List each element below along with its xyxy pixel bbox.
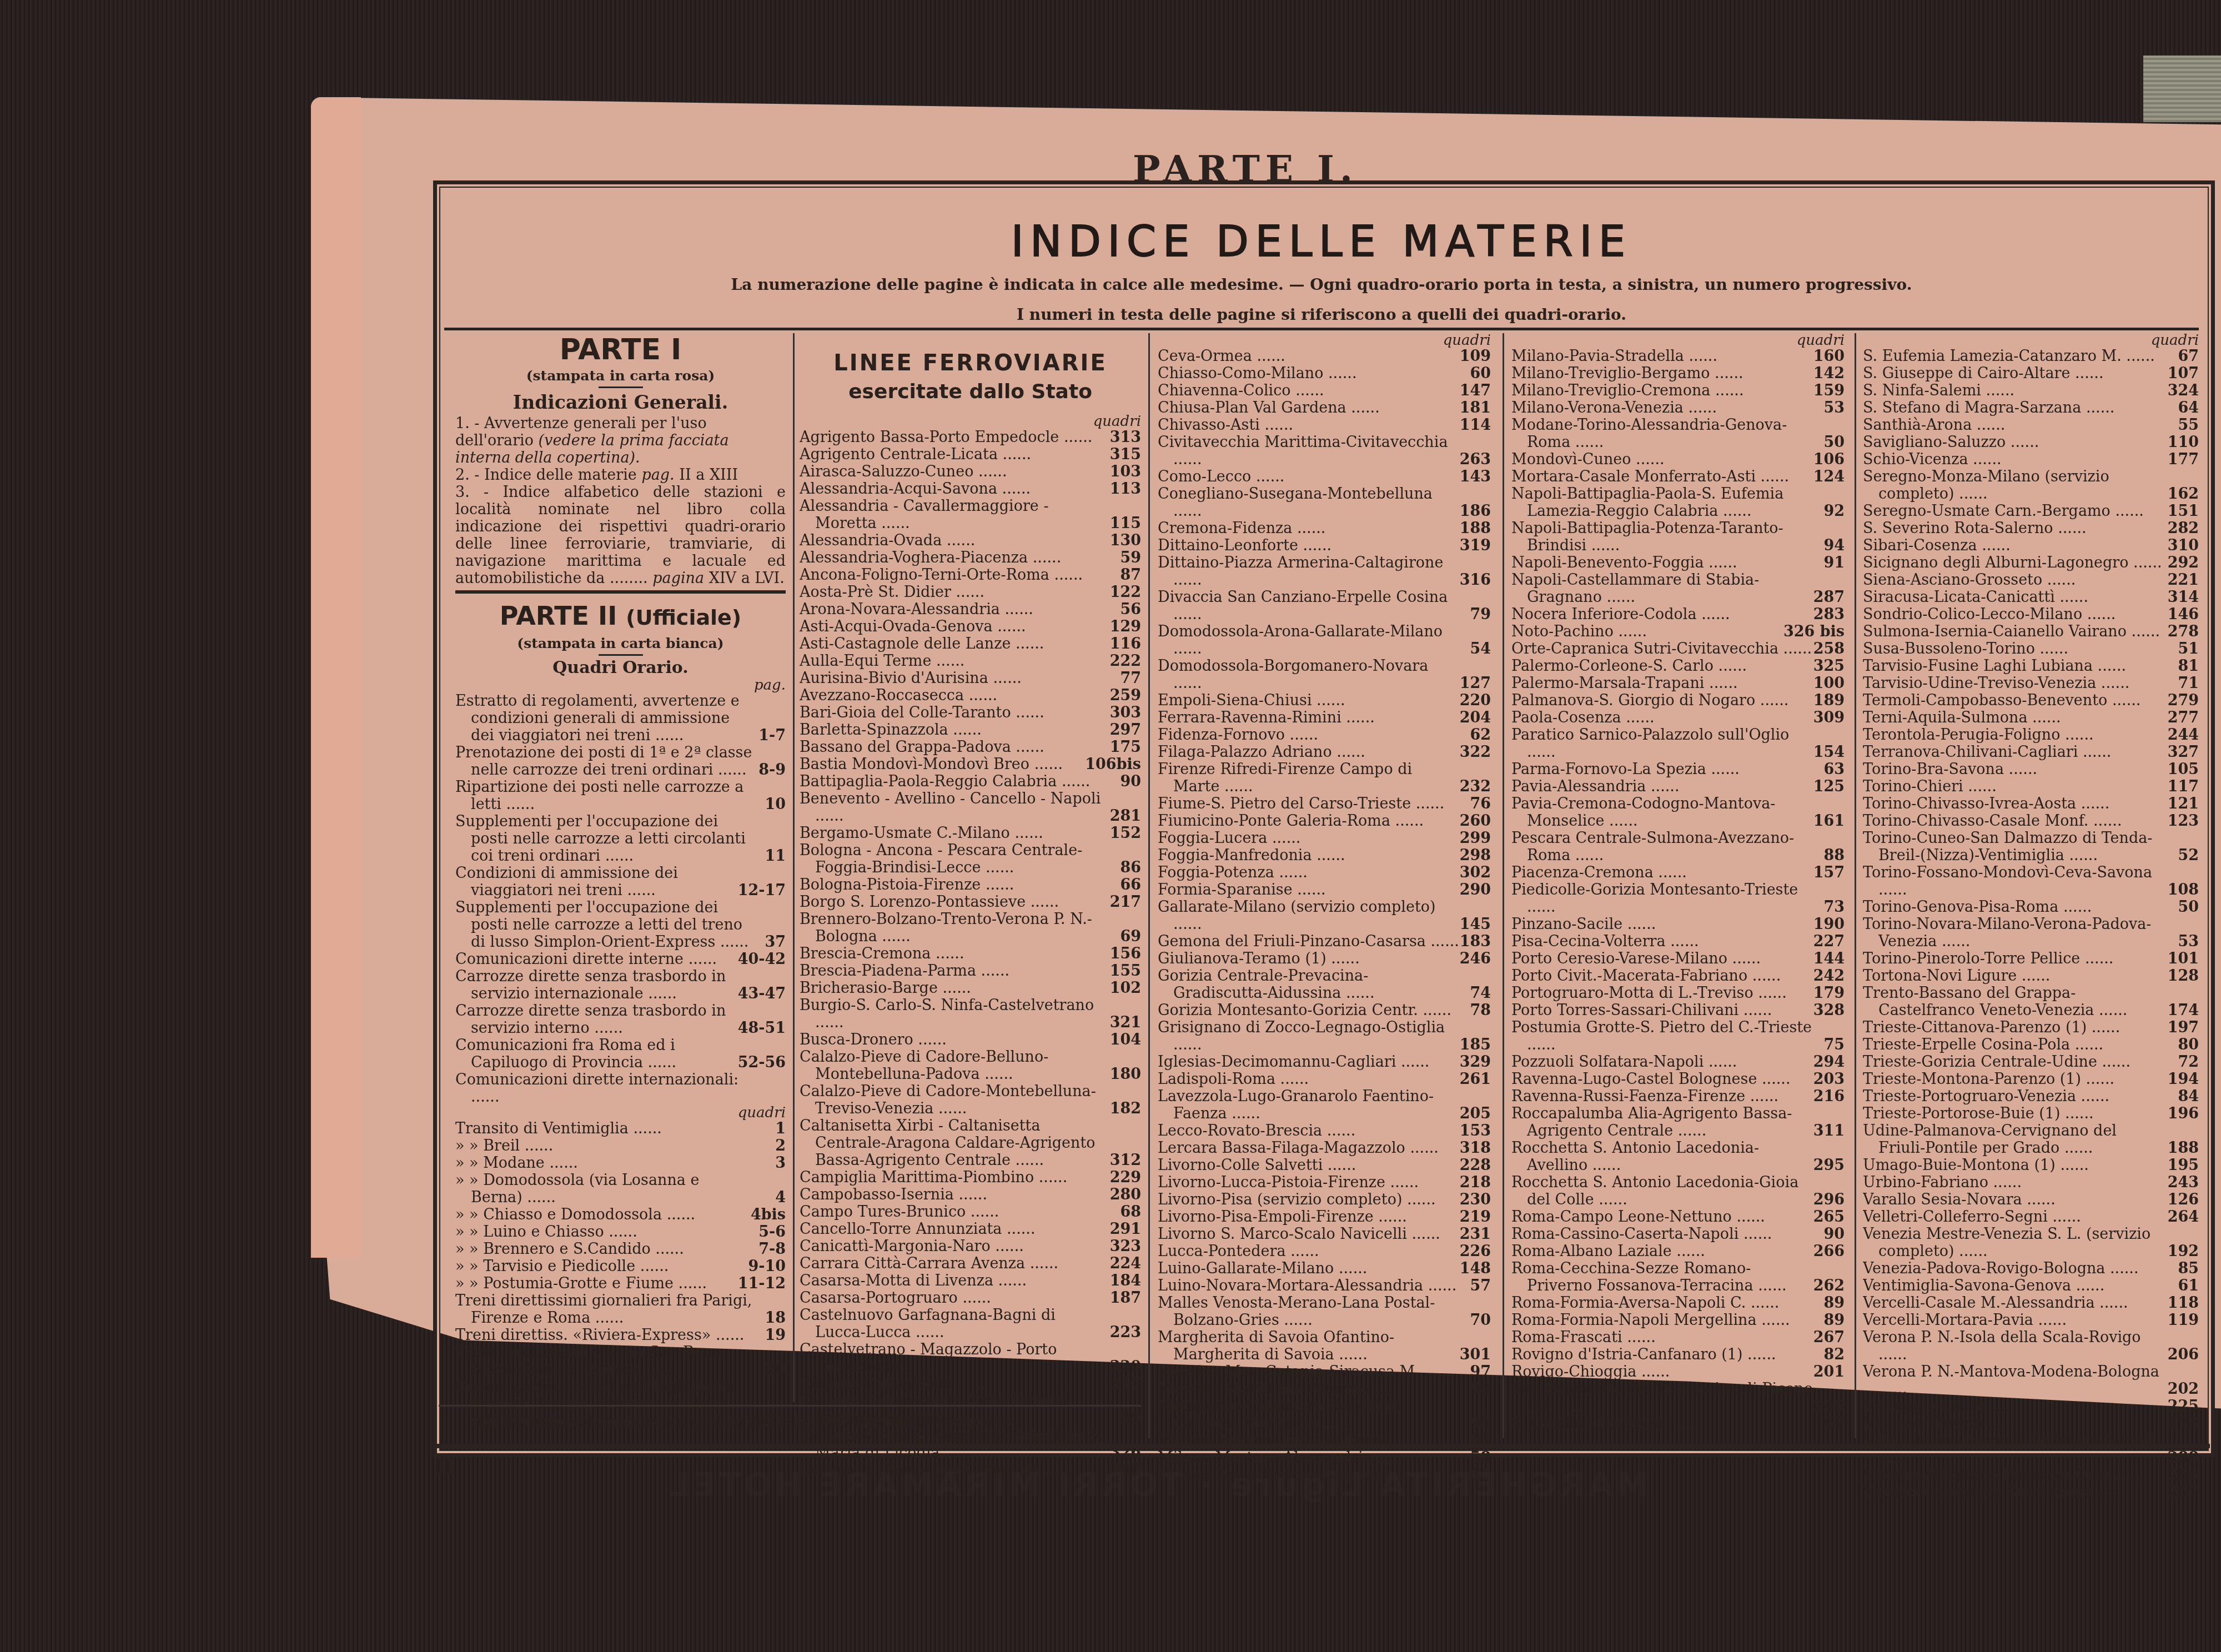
- entry-name: Rocchetta S. Antonio Lacedonia-Avellino …: [1511, 1139, 1813, 1174]
- entry-quadro-number: 117: [2168, 778, 2199, 795]
- entry-name: Roma-Formia-Napoli Mergellina ......: [1511, 1312, 1813, 1329]
- index-entry: Nocera Inferiore-Codola ......283: [1511, 606, 1845, 623]
- entry-name: Filaga-Palazzo Adriano ......: [1158, 744, 1460, 761]
- index-entry: Treni direttiss. «Riviera-Express» .....…: [455, 1327, 786, 1344]
- index-entry: Gallarate-Milano (servizio completo) ...…: [1158, 898, 1491, 933]
- entry-quadro-number: 266: [1813, 1243, 1845, 1260]
- parte2-section: Quadri Orario.: [455, 658, 786, 678]
- entry-quadro-number: 156: [1110, 945, 1141, 962]
- index-entry: Battipaglia-Paola-Reggio Calabria ......…: [800, 773, 1141, 790]
- index-entry: Milano-Treviglio-Bergamo ......142: [1511, 365, 1845, 382]
- index-entry: Siena-Asciano-Grosseto ......221: [1863, 571, 2199, 589]
- entry-name: Chivasso-Asti ......: [1158, 416, 1460, 434]
- entry-name: Borgo S. Lorenzo-Pontassieve ......: [800, 893, 1110, 911]
- index-entry: Cremona-Fidenza ......188: [1158, 520, 1491, 537]
- entry-quadro-number: 174: [2168, 1002, 2199, 1019]
- entry-name: Portogruaro-Motta di L.-Treviso ......: [1511, 985, 1813, 1002]
- entry-name: Palmanova-S. Giorgio di Nogaro ......: [1511, 692, 1813, 709]
- index-entry: Alessandria-Acqui-Savona ......113: [800, 480, 1141, 498]
- entry-name: Busca-Dronero ......: [800, 1031, 1110, 1048]
- entry-quadro-number: 186: [1460, 503, 1491, 520]
- entry-quadro-number: 309: [1813, 709, 1845, 726]
- index-entry: Giulianova-Teramo (1) ......246: [1158, 950, 1491, 967]
- entry-name: Campo Tures-Brunico ......: [800, 1203, 1110, 1221]
- entry-quadro-number: 265: [1813, 1208, 1845, 1226]
- column-parte: PARTE I (stampata in carta rosa) Indicaz…: [455, 333, 786, 1430]
- entry-name: Airasca-Saluzzo-Cuneo ......: [800, 463, 1110, 480]
- index-entry: Luino-Novara-Mortara-Alessandria ......5…: [1158, 1277, 1491, 1294]
- index-entry: Brescia-Piadena-Parma ......155: [800, 962, 1141, 980]
- index-entry: Verona P. N.-Mantova-Modena-Bologna ....…: [1863, 1363, 2199, 1398]
- entry-name: Terontola-Perugia-Foligno ......: [1863, 726, 2168, 744]
- index-entry: Piacenza-Cremona ......157: [1511, 864, 1845, 881]
- index-entry: Pozzuoli Solfatara-Napoli ......294: [1511, 1053, 1845, 1071]
- index-entry: » » Domodossola (via Losanna e Berna) ..…: [455, 1172, 786, 1206]
- entry-quadro-number: 129: [1110, 618, 1141, 635]
- entry-name: Supplementi per l'occupazione dei posti …: [455, 899, 755, 951]
- index-entry: Rocchetta S. Antonio Lacedonia-Avellino …: [1511, 1139, 1845, 1174]
- entry-name: Termoli-Campobasso-Benevento ......: [1863, 692, 2168, 709]
- index-entry: S. Stefano di Magra-Sarzana ......64: [1863, 399, 2199, 416]
- entry-name: Prenotazione dei posti di 1ª e 2ª classe…: [455, 744, 755, 779]
- entry-quadro-number: 245: [1813, 1398, 1845, 1415]
- entry-quadro-number: 264: [2168, 1208, 2199, 1226]
- index-entry: S. Candido-Fortezza ......67: [1511, 1415, 1845, 1432]
- entry-name: Milano-Treviglio-Cremona ......: [1511, 382, 1813, 399]
- entry-quadro-number: 67: [2168, 348, 2199, 365]
- entry-quadro-number: 82: [1813, 1346, 1845, 1363]
- entry-quadro-number: 322: [1460, 744, 1491, 761]
- index-entry: Verona P. N.-Isola della Scala-Rovigo ..…: [1863, 1329, 2199, 1363]
- index-entry: Ladispoli-Roma ......261: [1158, 1071, 1491, 1088]
- entry-quadro-number: 53: [1813, 399, 1845, 416]
- index-entry: Bologna-Pistoia-Firenze ......66: [800, 876, 1141, 893]
- entry-name: Brennero-Bolzano-Trento-Verona P. N.-Bol…: [800, 911, 1110, 945]
- index-entry: Rocchetta S. Antonio Lacedonia-Gioia del…: [1511, 1174, 1845, 1208]
- entry-quadro-number: 319: [1460, 537, 1491, 554]
- entry-name: Foggia-Potenza ......: [1158, 864, 1460, 881]
- index-entry: Comunicazioni dirette internazionali: ..…: [455, 1071, 786, 1106]
- index-entry: Treni direttissimi giornalieri fra Parig…: [455, 1292, 786, 1327]
- entry-quadro-number: 231: [1460, 1226, 1491, 1243]
- index-entry: Como-Lecco ......143: [1158, 468, 1491, 485]
- entry-quadro-number: 116: [1110, 635, 1141, 652]
- index-entry: Messina Mar.-Catania-Siracusa M. ......9…: [1158, 1363, 1491, 1380]
- index-entry: » » Chiasso e Domodossola ......4bis: [455, 1206, 786, 1223]
- index-entry: Bergamo-Usmate C.-Milano ......152: [800, 825, 1141, 842]
- index-entry: S. Giuseppe di Cairo-Altare ......107: [1863, 365, 2199, 382]
- entry-quadro-number: 95: [1460, 1415, 1491, 1432]
- entry-quadro-number: 246: [1460, 950, 1491, 967]
- entry-name: Verona P. N.-Mantova-Modena-Bologna ....…: [1863, 1363, 2168, 1398]
- entry-name: Umago-Buie-Montona (1) ......: [1863, 1157, 2168, 1174]
- entry-name: Civitavecchia Marittima-Civitavecchia ..…: [1158, 434, 1460, 468]
- index-entry: Viterbo-Capranica Sutri-Roma ......257: [1863, 1484, 2199, 1501]
- index-entry: Cancello-Torre Annunziata ......291: [800, 1221, 1141, 1238]
- entry-quadro-number: 261: [1460, 1071, 1491, 1088]
- index-entry: Borgo S. Lorenzo-Pontassieve ......217: [800, 893, 1141, 911]
- parte1-title: PARTE I: [455, 333, 786, 366]
- entry-name: Divaccia San Canziano-Erpelle Cosina ...…: [1158, 589, 1460, 623]
- index-entry: Paratico Sarnico-Palazzolo sull'Oglio ..…: [1511, 726, 1845, 761]
- entry-name: Castelvetrano - Magazzolo - Porto Empedo…: [800, 1341, 1110, 1375]
- entry-quadro-number: 48-51: [738, 1020, 786, 1037]
- index-entry: Torino-Bra-Savona ......105: [1863, 761, 2199, 778]
- entry-quadro-number: 192: [2168, 1243, 2199, 1260]
- entry-quadro-number: 90: [1813, 1226, 1845, 1243]
- index-entry: Mortara-Casale Monferrato-Asti ......124: [1511, 468, 1845, 485]
- entry-name: Bologna - Ancona - Pescara Centrale-Fogg…: [800, 842, 1110, 876]
- parte1-item: 1. - Avvertenze generali per l'uso dell'…: [455, 415, 786, 466]
- entry-quadro-number: 258: [1813, 640, 1845, 657]
- index-entry: S. Ninfa-Salemi ......324: [1863, 382, 2199, 399]
- entry-quadro-number: 99: [1110, 1410, 1141, 1427]
- index-entry: Luino-Gallarate-Milano ......148: [1158, 1260, 1491, 1277]
- index-entry: Carrozze dirette senza trasbordo in serv…: [455, 1002, 786, 1037]
- quadri-label: quadri: [800, 414, 1141, 429]
- parte1-item: 3. - Indice alfabetico delle stazioni e …: [455, 484, 786, 587]
- entry-quadro-number: 50: [1813, 434, 1845, 451]
- index-entry: Termoli-Campobasso-Benevento ......279: [1863, 692, 2199, 709]
- index-entry: Torino-Fossano-Mondovì-Ceva-Savona .....…: [1863, 864, 2199, 898]
- index-entry: Ferrara-Ravenna-Rimini ......204: [1158, 709, 1491, 726]
- entry-name: Grisignano di Zocco-Legnago-Ostiglia ...…: [1158, 1019, 1460, 1053]
- entry-name: Rocchetta S. Antonio Lacedonia-Gioia del…: [1511, 1174, 1813, 1208]
- entry-name: Alessandria-Acqui-Savona ......: [800, 480, 1110, 498]
- index-entry: Bologna - Ancona - Pescara Centrale-Fogg…: [800, 842, 1141, 876]
- entry-quadro-number: 278: [2168, 623, 2199, 640]
- entry-name: » » Tarvisio e Piedicolle ......: [455, 1258, 748, 1275]
- entry-name: Carrozze dirette senza trasbordo in serv…: [455, 968, 738, 1002]
- index-entry: Ceva-Ormea ......109: [1158, 348, 1491, 365]
- index-entry: Filaga-Palazzo Adriano ......322: [1158, 744, 1491, 761]
- entry-quadro-number: 92: [1813, 503, 1845, 520]
- entry-name: Pozzuoli Solfatara-Napoli ......: [1511, 1053, 1813, 1071]
- entry-quadro-number: 60: [1460, 365, 1491, 382]
- entry-name: Trieste-Gorizia Centrale-Udine ......: [1863, 1053, 2168, 1071]
- entry-name: Verona P. N.-Isola della Scala-Rovigo ..…: [1863, 1329, 2168, 1363]
- entry-name: Barletta-Spinazzola ......: [800, 721, 1110, 739]
- entry-quadro-number: 90: [1110, 773, 1141, 790]
- entry-quadro-number: 323: [1110, 1238, 1141, 1255]
- entry-quadro-number: 85: [2168, 1260, 2199, 1277]
- header-rule: [444, 328, 2199, 330]
- index-entry: Umago-Buie-Montona (1) ......195: [1863, 1157, 2199, 1174]
- entry-name: Benevento - Avellino - Cancello - Napoli…: [800, 790, 1110, 825]
- index-entry: Modane-Torino-Alessandria-Genova-Roma ..…: [1511, 416, 1845, 451]
- entry-quadro-number: 7-8: [755, 1241, 786, 1258]
- entry-quadro-number: 52-56: [738, 1054, 786, 1071]
- index-entry: Noto-Pachino ......326 bis: [1511, 623, 1845, 640]
- index-entry: Treni direttissimi Vienna-San Remo-Nizza…: [455, 1344, 786, 1378]
- entry-quadro-number: 64: [2168, 399, 2199, 416]
- index-entry: Bastia Mondovì-Mondovì Breo ......106bis: [800, 756, 1141, 773]
- entry-quadro-number: 67: [1813, 1415, 1845, 1432]
- entry-name: Battipaglia-Paola-Reggio Calabria ......: [800, 773, 1110, 790]
- entry-name: Vicenza-Treviso ......: [1863, 1415, 2168, 1432]
- entry-quadro-number: 230: [1460, 1191, 1491, 1208]
- entry-quadro-number: 263: [1460, 451, 1491, 468]
- index-entry: Palermo-Marsala-Trapani ......100: [1511, 675, 1845, 692]
- entry-name: Messina Mar.-Catania-Siracusa M. ......: [1158, 1363, 1460, 1380]
- index-entry: Livorno-Pisa (servizio completo) ......2…: [1158, 1191, 1491, 1208]
- index-entry: Supplementi per l'occupazione dei posti …: [455, 813, 786, 865]
- entry-quadro-number: 78: [1460, 1002, 1491, 1019]
- entry-quadro-number: 113: [1110, 480, 1141, 498]
- index-entry: Vicenza-Treviso ......178: [1863, 1415, 2199, 1432]
- index-entry: » » Brennero e S.Candido ......7-8: [455, 1241, 786, 1258]
- entry-name: Ventimiglia-Savona-Genova ......: [1863, 1277, 2168, 1294]
- entry-quadro-number: 89: [1813, 1294, 1845, 1312]
- entry-name: Vercelli-Casale M.-Alessandria ......: [1863, 1294, 2168, 1312]
- entry-name: Torino-Chieri ......: [1863, 778, 2168, 795]
- entry-name: Catania-Caltagirone ......: [800, 1375, 1110, 1393]
- entry-name: Carrara Città-Carrara Avenza ......: [800, 1255, 1110, 1272]
- index-entry: Torino-Chieri ......117: [1863, 778, 2199, 795]
- index-entry: Susa-Bussoleno-Torino ......51: [1863, 640, 2199, 657]
- entry-quadro-number: 130: [1110, 532, 1141, 549]
- index-entry: Pinzano-Sacile ......190: [1511, 916, 1845, 933]
- entry-name: Trieste-Portorose-Buie (1) ......: [1863, 1105, 2168, 1122]
- entry-quadro-number: 9-10: [748, 1258, 786, 1275]
- entry-name: Santhià-Arona ......: [1863, 416, 2168, 434]
- entry-name: Savigliano-Saluzzo ......: [1863, 434, 2168, 451]
- index-entry: Tarvisio-Udine-Treviso-Venezia ......71: [1863, 675, 2199, 692]
- index-entry: Trento-Bassano del Grappa-Castelfranco V…: [1863, 985, 2199, 1019]
- entry-name: Paratico Sarnico-Palazzolo sull'Oglio ..…: [1511, 726, 1813, 761]
- index-entry: Empoli-Siena-Chiusi ......220: [1158, 692, 1491, 709]
- index-entry: Brennero-Bolzano-Trento-Verona P. N.-Bol…: [800, 911, 1141, 945]
- entry-name: Varallo Sesia-Novara ......: [1863, 1191, 2168, 1208]
- entry-name: Venezia Mestre-Venezia S. L. (servizio c…: [1863, 1226, 2168, 1260]
- index-entry: Porto Torres-Sassari-Chilivani ......328: [1511, 1002, 1845, 1019]
- entry-quadro-number: 142: [1813, 365, 1845, 382]
- index-entry: Venezia-Padova-Rovigo-Bologna ......85: [1863, 1260, 2199, 1277]
- index-entry: Comunicazioni dirette interne ......40-4…: [455, 951, 786, 968]
- entry-quadro-number: 19: [755, 1327, 786, 1344]
- entry-name: Dittaino-Leonforte ......: [1158, 537, 1460, 554]
- entry-quadro-number: 4bis: [751, 1206, 786, 1223]
- entry-name: Trento-Bassano del Grappa-Castelfranco V…: [1863, 985, 2168, 1019]
- index-entry: Napoli-Battipaglia-Potenza-Taranto-Brind…: [1511, 520, 1845, 554]
- entry-quadro-number: 54: [1460, 640, 1491, 657]
- entry-quadro-number: 324: [2168, 382, 2199, 399]
- index-entry: Chiusa-Plan Val Gardena ......181: [1158, 399, 1491, 416]
- entry-name: Fiume-S. Pietro del Carso-Trieste ......: [1158, 795, 1460, 812]
- index-entry: Ravenna-Lugo-Castel Bolognese ......203: [1511, 1071, 1845, 1088]
- entry-name: Viareggio-Lucca ......: [1863, 1398, 2168, 1415]
- index-entry: Postumia Grotte-S. Pietro del C.-Trieste…: [1511, 1019, 1845, 1053]
- index-entry: Pescara Centrale-Sulmona-Avezzano-Roma .…: [1511, 830, 1845, 864]
- entry-quadro-number: 315: [1110, 446, 1141, 463]
- parte1-subtitle: (stampata in carta rosa): [455, 366, 786, 385]
- entry-name: Roma-Frascati ......: [1511, 1329, 1813, 1346]
- short-rule: [599, 386, 643, 388]
- entry-quadro-number: 98: [1460, 1380, 1491, 1398]
- entry-quadro-number: 312: [1110, 1152, 1141, 1169]
- entry-quadro-number: 72: [2168, 1053, 2199, 1071]
- entry-quadro-number: 222: [1110, 652, 1141, 670]
- entry-quadro-number: 227: [1813, 933, 1845, 950]
- entry-quadro-number: 2: [755, 1137, 786, 1154]
- entry-name: Pinzano-Sacile ......: [1511, 916, 1813, 933]
- entry-quadro-number: 5-6: [755, 1223, 786, 1241]
- index-entry: Trieste-Portorose-Buie (1) ......196: [1863, 1105, 2199, 1122]
- entry-quadro-number: 313: [1110, 429, 1141, 446]
- entry-name: » » Domodossola (via Losanna e Berna) ..…: [455, 1172, 755, 1206]
- index-entry: Aulla-Equi Terme ......222: [800, 652, 1141, 670]
- entry-name: Aosta-Prè St. Didier ......: [800, 584, 1110, 601]
- entry-name: Alessandria-Voghera-Piacenza ......: [800, 549, 1110, 566]
- entry-name: Modane-Torino-Alessandria-Genova-Roma ..…: [1511, 416, 1813, 451]
- entry-name: Gorizia Centrale-Prevacina-Gradiscutta-A…: [1158, 967, 1460, 1002]
- index-entry: Livorno-Lucca-Pistoia-Firenze ......218: [1158, 1174, 1491, 1191]
- parte1-section: Indicazioni Generali.: [455, 390, 786, 415]
- index-entry: Trieste-Portogruaro-Venezia ......84: [1863, 1088, 2199, 1105]
- column-linee-ferroviarie: LINEE FERROVIARIE esercitate dallo Stato…: [800, 333, 1141, 1479]
- entry-name: S. Candido-Fortezza ......: [1511, 1415, 1813, 1432]
- entry-quadro-number: 327: [2168, 744, 2199, 761]
- entry-name: Rovigo-Chioggia ......: [1511, 1363, 1813, 1380]
- entry-quadro-number: 314: [2168, 589, 2199, 606]
- entry-quadro-number: 146: [2168, 606, 2199, 623]
- entry-name: » » Breil ......: [455, 1137, 755, 1154]
- index-entry: Trieste-Cittanova-Parenzo (1) ......197: [1863, 1019, 2199, 1036]
- entry-quadro-number: 201: [1813, 1363, 1845, 1380]
- entry-quadro-number: 127: [1460, 675, 1491, 692]
- entry-name: Mondovì-Cuneo ......: [1511, 451, 1813, 468]
- index-entry: Iglesias-Decimomannu-Cagliari ......329: [1158, 1053, 1491, 1071]
- entry-name: » » Brennero e S.Candido ......: [455, 1241, 755, 1258]
- index-entry: Dittaino-Piazza Armerina-Caltagirone ...…: [1158, 554, 1491, 589]
- entry-name: Noto-Pachino ......: [1511, 623, 1783, 640]
- entry-quadro-number: 188: [2168, 1139, 2199, 1157]
- entry-name: Metaponto-Catanzaro-Reggio di Calabria M…: [1158, 1398, 1460, 1432]
- entry-quadro-number: 196: [2168, 1105, 2199, 1122]
- entry-quadro-number: 10: [755, 796, 786, 813]
- entry-quadro-number: 8-9: [755, 761, 786, 779]
- entry-quadro-number: 118: [2168, 1294, 2199, 1312]
- index-entry: Brescia-Cremona ......156: [800, 945, 1141, 962]
- entry-name: Torino-Cuneo-San Dalmazzo di Tenda-Breil…: [1863, 830, 2168, 864]
- index-entry: Gorizia Montesanto-Gorizia Centr. ......…: [1158, 1002, 1491, 1019]
- entry-name: San Benedetto del Tronto-Ascoli Piceno (…: [1511, 1380, 1813, 1415]
- entry-quadro-number: 329: [1460, 1053, 1491, 1071]
- entry-name: Brescia-Cremona ......: [800, 945, 1110, 962]
- entry-quadro-number: 20: [755, 1361, 786, 1378]
- entry-quadro-number: 178: [2168, 1415, 2199, 1432]
- entry-quadro-number: 74: [1460, 985, 1491, 1002]
- index-entry: Carrara Città-Carrara Avenza ......224: [800, 1255, 1141, 1272]
- index-entry: Torino-Genova-Pisa-Roma ......50: [1863, 898, 2199, 916]
- entry-quadro-number: 256: [2168, 1467, 2199, 1484]
- entry-name: Lavezzola-Lugo-Granarolo Faentino-Faenza…: [1158, 1088, 1460, 1122]
- entry-quadro-number: 189: [1813, 692, 1845, 709]
- index-entry: Condizioni di ammissione dei viaggiatori…: [455, 865, 786, 899]
- entry-quadro-number: 126: [2168, 1191, 2199, 1208]
- entry-name: Rovigno d'Istria-Canfanaro (1) ......: [1511, 1346, 1813, 1363]
- index-entry: Arona-Novara-Alessandria ......56: [800, 601, 1141, 618]
- index-entry: Roma-Frascati ......267: [1511, 1329, 1845, 1346]
- transit-items: Transito di Ventimiglia ......1» » Breil…: [455, 1120, 786, 1292]
- entry-name: Lucca-Pontedera ......: [1158, 1243, 1460, 1260]
- entry-name: Gorizia Montesanto-Gorizia Centr. ......: [1158, 1002, 1460, 1019]
- index-entry: Fiumicino-Ponte Galeria-Roma ......260: [1158, 812, 1491, 830]
- entry-name: Orte-Capranica Sutri-Civitavecchia .....…: [1511, 640, 1813, 657]
- entry-quadro-number: 225: [2168, 1398, 2199, 1415]
- route-list: Ceva-Ormea ......109Chiasso-Como-Milano …: [1158, 348, 1491, 1484]
- entry-quadro-number: 203: [1813, 1071, 1845, 1088]
- entry-name: Roma-Formia-Aversa-Napoli C. ......: [1511, 1294, 1813, 1312]
- entry-name: Iglesias-Decimomannu-Cagliari ......: [1158, 1053, 1460, 1071]
- entry-name: Ladispoli-Roma ......: [1158, 1071, 1460, 1088]
- entry-quadro-number: 143: [1460, 468, 1491, 485]
- entry-name: Brescia-Piadena-Parma ......: [800, 962, 1110, 980]
- index-entry: Porto Ceresio-Varese-Milano ......144: [1511, 950, 1845, 967]
- entry-name: Milano-Mortara-Alessandria ......: [1158, 1449, 1460, 1467]
- entry-name: Paola-Cosenza ......: [1511, 709, 1813, 726]
- entry-name: Tortona-Novi Ligure ......: [1863, 967, 2168, 985]
- entry-quadro-number: 279: [2168, 692, 2199, 709]
- entry-name: Ancona-Foligno-Terni-Orte-Roma ......: [800, 566, 1110, 584]
- entry-name: Bassano del Grappa-Padova ......: [800, 739, 1110, 756]
- index-entry: Rovigo-Chioggia ......201: [1511, 1363, 1845, 1380]
- entry-name: Bricherasio-Barge ......: [800, 980, 1110, 997]
- entry-name: Domodossola-Borgomanero-Novara ......: [1158, 657, 1460, 692]
- entry-name: Calalzo-Pieve di Cadore-Belluno-Montebel…: [800, 1048, 1110, 1083]
- entry-quadro-number: 123: [2168, 812, 2199, 830]
- index-entry: Varallo Sesia-Novara ......126: [1863, 1191, 2199, 1208]
- entry-quadro-number: 3: [755, 1154, 786, 1172]
- entry-name: Livorno-Pisa-Empoli-Firenze ......: [1158, 1208, 1460, 1226]
- entry-name: S. Giuseppe di Cairo-Altare ......: [1863, 365, 2168, 382]
- entry-name: Transito di Ventimiglia ......: [455, 1120, 755, 1137]
- index-entry: Sondrio-Colico-Lecco-Milano ......146: [1863, 606, 2199, 623]
- entry-quadro-number: 217: [1110, 893, 1141, 911]
- entry-quadro-number: 316: [1460, 571, 1491, 589]
- entry-name: Cremona-Fidenza ......: [1158, 520, 1460, 537]
- index-entry: Orte-Capranica Sutri-Civitavecchia .....…: [1511, 640, 1845, 657]
- index-entry: Trieste-Erpelle Cosina-Pola ......80: [1863, 1036, 2199, 1053]
- index-entry: Tortona-Novi Ligure ......128: [1863, 967, 2199, 985]
- index-entry: Piedicolle-Gorizia Montesanto-Trieste ..…: [1511, 881, 1845, 916]
- entry-name: Livorno-Pisa (servizio completo) ......: [1158, 1191, 1460, 1208]
- index-entry: Prenotazione dei posti di 1ª e 2ª classe…: [455, 744, 786, 779]
- entry-name: Agrigento Bassa-Porto Empedocle ......: [800, 429, 1110, 446]
- entry-quadro-number: 11: [755, 847, 786, 865]
- entry-name: Viterbo-Capranica Sutri-Roma ......: [1863, 1484, 2168, 1501]
- index-entry: Asti-Acqui-Ovada-Genova ......129: [800, 618, 1141, 635]
- entry-quadro-number: 71: [2168, 675, 2199, 692]
- column-divider: [1855, 333, 1856, 1438]
- entry-name: Livorno-Colle Salvetti ......: [1158, 1157, 1460, 1174]
- index-entry: Viareggio-Lucca ......225: [1863, 1398, 2199, 1415]
- entry-name: Napoli-Castellammare di Stabia-Gragnano …: [1511, 571, 1813, 606]
- index-entry: Terontola-Perugia-Foligno ......244: [1863, 726, 2199, 744]
- index-entry: Chiavenna-Colico ......147: [1158, 382, 1491, 399]
- index-entry: Bari-Gioia del Colle-Taranto ......303: [800, 704, 1141, 721]
- entry-name: Roma-Cecchina-Sezze Romano-Priverno Foss…: [1511, 1260, 1813, 1294]
- section-rule: [455, 590, 786, 594]
- entry-quadro-number: 175: [1110, 739, 1141, 756]
- entry-quadro-number: 86: [1110, 859, 1141, 876]
- entry-name: Malles Venosta-Merano-Lana Postal-Bolzan…: [1158, 1294, 1460, 1329]
- entry-quadro-number: 154: [1813, 744, 1845, 761]
- entry-quadro-number: 205: [1460, 1105, 1491, 1122]
- entry-name: Torino-Chivasso-Casale Monf. ......: [1863, 812, 2168, 830]
- entry-name: Trieste-Erpelle Cosina-Pola ......: [1863, 1036, 2168, 1053]
- quadri-label: quadri: [1158, 333, 1491, 348]
